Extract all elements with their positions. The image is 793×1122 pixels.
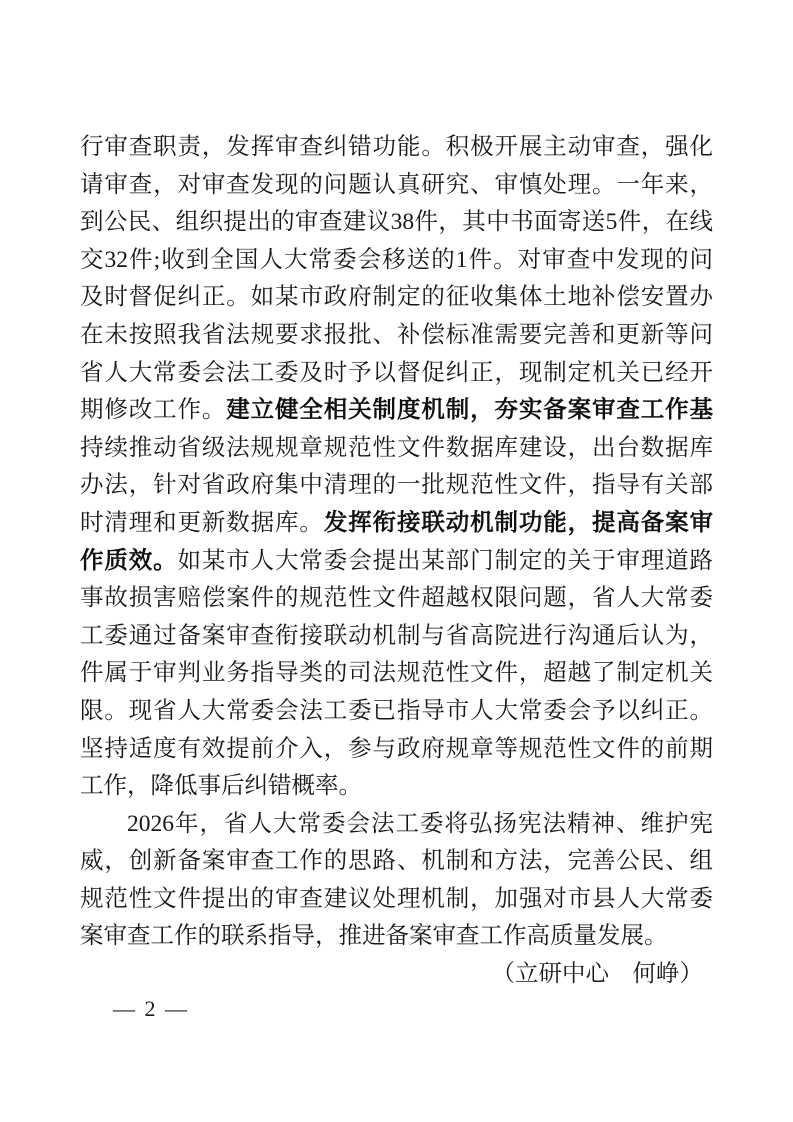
text-line: 请审查，对审查发现的问题认真研究、审慎处理。一年来，共收 bbox=[80, 167, 713, 205]
text-line: 事故损害赔偿案件的规范性文件超越权限问题，省人大常委会法 bbox=[80, 580, 713, 618]
text-line: 件属于审判业务指导类的司法规范性文件，超越了制定机关的权 bbox=[80, 655, 713, 693]
text-line: 工作，降低事后纠错概率。 bbox=[80, 768, 713, 806]
body-text: 事故损害赔偿案件的规范性文件超越权限问题，省人大常委会法 bbox=[80, 585, 713, 618]
text-line: 工委通过备案审查衔接联动机制与省高院进行沟通后认为，该文 bbox=[80, 618, 713, 656]
body-text: 交32件;收到全国人大常委会移送的1件。对审查中发现的问题， bbox=[80, 247, 713, 280]
body-text: 威，创新备案审查工作的思路、机制和方法，完善公民、组织对 bbox=[80, 848, 713, 881]
body-text: 在未按照我省法规要求报批、补偿标准需要完善和更新等问题， bbox=[80, 322, 713, 355]
text-line: 办法，针对省政府集中清理的一批规范性文件，指导有关部门及 bbox=[80, 467, 713, 505]
body-text: 规范性文件提出的审查建议处理机制，加强对市县人大常委会备 bbox=[80, 886, 713, 919]
text-line: 到公民、组织提出的审查建议38件，其中书面寄送5件，在线提 bbox=[80, 204, 713, 242]
text-line: 在未按照我省法规要求报批、补偿标准需要完善和更新等问题， bbox=[80, 317, 713, 355]
body-text: 及时督促纠正。如某市政府制定的征收集体土地补偿安置办法存 bbox=[80, 284, 713, 317]
body-text: 期修改工作。 bbox=[80, 397, 226, 423]
emphasis-text: 作质效。 bbox=[80, 548, 178, 574]
text-line: 规范性文件提出的审查建议处理机制，加强对市县人大常委会备 bbox=[80, 881, 713, 919]
text-line: 时清理和更新数据库。发挥衔接联动机制功能，提高备案审查工 bbox=[80, 505, 713, 543]
body-text: 行审查职责，发挥审查纠错功能。积极开展主动审查，强化依申 bbox=[80, 134, 713, 167]
body-text: 办法，针对省政府集中清理的一批规范性文件，指导有关部门及 bbox=[80, 472, 713, 505]
body-text: 时清理和更新数据库。 bbox=[80, 510, 324, 536]
body-text: 到公民、组织提出的审查建议38件，其中书面寄送5件，在线提 bbox=[80, 209, 713, 242]
body-text: 省人大常委会法工委及时予以督促纠正，现制定机关已经开展限 bbox=[80, 360, 713, 393]
body-text: 请审查，对审查发现的问题认真研究、审慎处理。一年来，共收 bbox=[80, 172, 713, 205]
byline-author: （立研中心 何峥） bbox=[80, 956, 713, 994]
text-line: 期修改工作。建立健全相关制度机制，夯实备案审查工作基础。 bbox=[80, 392, 713, 430]
text-line: 持续推动省级法规规章规范性文件数据库建设，出台数据库管理 bbox=[80, 430, 713, 468]
body-text: 工委通过备案审查衔接联动机制与省高院进行沟通后认为，该文 bbox=[80, 623, 713, 656]
text-line: 案审查工作的联系指导，推进备案审查工作高质量发展。 bbox=[80, 918, 713, 956]
body-text: 坚持适度有效提前介入，参与政府规章等规范性文件的前期论证 bbox=[80, 736, 713, 769]
text-line: 省人大常委会法工委及时予以督促纠正，现制定机关已经开展限 bbox=[80, 355, 713, 393]
text-line: 2026年，省人大常委会法工委将弘扬宪法精神、维护宪法权 bbox=[80, 806, 713, 844]
body-text: 持续推动省级法规规章规范性文件数据库建设，出台数据库管理 bbox=[80, 435, 713, 468]
text-line: 及时督促纠正。如某市政府制定的征收集体土地补偿安置办法存 bbox=[80, 279, 713, 317]
document-body: 行审查职责，发挥审查纠错功能。积极开展主动审查，强化依申请审查，对审查发现的问题… bbox=[80, 129, 713, 994]
body-text: 限。现省人大常委会法工委已指导市人大常委会予以纠正。同时， bbox=[80, 698, 713, 731]
body-text: 案审查工作的联系指导，推进备案审查工作高质量发展。 bbox=[80, 923, 668, 949]
body-text: 工作，降低事后纠错概率。 bbox=[80, 773, 362, 799]
page-number: — 2 — bbox=[113, 996, 189, 1022]
text-line: 交32件;收到全国人大常委会移送的1件。对审查中发现的问题， bbox=[80, 242, 713, 280]
text-line: 行审查职责，发挥审查纠错功能。积极开展主动审查，强化依申 bbox=[80, 129, 713, 167]
text-line: 限。现省人大常委会法工委已指导市人大常委会予以纠正。同时， bbox=[80, 693, 713, 731]
body-text: 2026年，省人大常委会法工委将弘扬宪法精神、维护宪法权 bbox=[80, 811, 713, 844]
body-text: 件属于审判业务指导类的司法规范性文件，超越了制定机关的权 bbox=[80, 660, 713, 693]
text-line: 威，创新备案审查工作的思路、机制和方法，完善公民、组织对 bbox=[80, 843, 713, 881]
document-page: 行审查职责，发挥审查纠错功能。积极开展主动审查，强化依申请审查，对审查发现的问题… bbox=[0, 0, 793, 1122]
text-line: 作质效。如某市人大常委会提出某部门制定的关于审理道路交通 bbox=[80, 543, 713, 581]
text-line: 坚持适度有效提前介入，参与政府规章等规范性文件的前期论证 bbox=[80, 731, 713, 769]
